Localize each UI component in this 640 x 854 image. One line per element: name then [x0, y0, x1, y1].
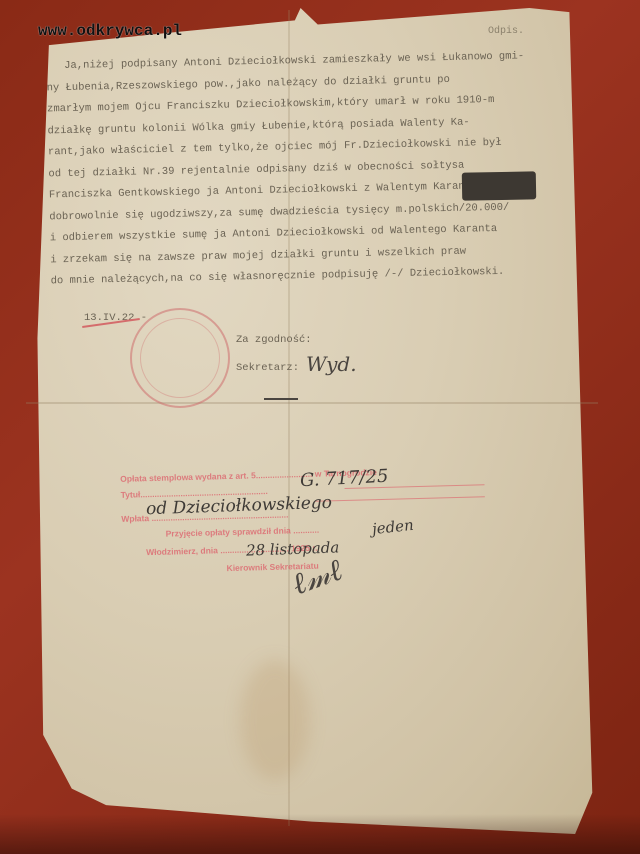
typed-body: Ja,niżej podpisany Antoni Dzieciołkowski…	[64, 45, 589, 292]
agreement-label: Za zgodność:	[236, 334, 312, 346]
table-edge-shadow	[0, 814, 640, 854]
paper-stain	[240, 660, 310, 780]
secretary-signature: Wyd.	[306, 352, 357, 376]
fold-line-horizontal	[26, 402, 598, 404]
round-seal-stamp	[130, 308, 230, 408]
secretary-label: Sekretarz:	[236, 362, 299, 374]
dash-mark	[264, 398, 298, 400]
watermark: www.odkrywca.pl	[38, 22, 182, 40]
redaction-block	[462, 171, 536, 200]
page-label: Odpis.	[488, 26, 524, 37]
stamp-rule	[315, 496, 485, 501]
stamp-line: Przyjęcie opłaty sprawdził dnia ........…	[166, 525, 320, 539]
